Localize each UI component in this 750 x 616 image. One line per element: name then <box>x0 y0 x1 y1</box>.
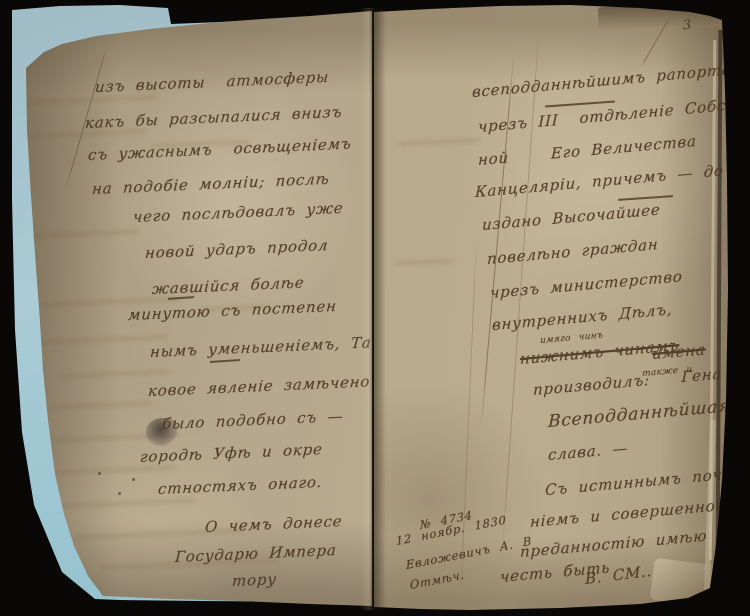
ink-speck <box>98 472 101 475</box>
page-fold <box>598 5 726 30</box>
bleedthrough-line <box>400 138 480 145</box>
page-gutter <box>360 8 386 610</box>
manuscript-line: городѣ Уфѣ и окре <box>139 442 323 465</box>
manuscript-line: слава. — <box>548 441 629 463</box>
manuscript-line: Всеподданнѣйшая <box>548 398 731 431</box>
manuscript-line: ной Его Величества <box>478 134 697 168</box>
manuscript-line: тору <box>231 572 277 589</box>
strike-stroke <box>618 195 673 200</box>
manuscript-line: изъ высоты атмосферы <box>94 70 329 95</box>
paper-crease <box>480 51 514 430</box>
bleedthrough-line <box>18 95 158 105</box>
bleedthrough-line <box>395 259 455 266</box>
manuscript-line: съ ужаснымъ освѣщеніемъ <box>87 136 352 163</box>
manuscript-line: чрезъ министерство <box>490 269 683 301</box>
manuscript-line: новой ударъ продол <box>144 238 328 261</box>
manuscript-line: чего послѣдовалъ уже <box>132 201 344 225</box>
ink-speck <box>118 492 121 495</box>
page-corner-fold <box>650 558 727 608</box>
manuscript-line: жавшійся болѣе <box>151 275 305 297</box>
manuscript-line: преданностію имѣю <box>520 529 708 560</box>
manuscript-line: всеподданнѣйшимъ рапортомъ <box>472 60 750 100</box>
manuscript-line: ніемъ и совершенною <box>530 498 730 531</box>
manuscript-line: О чемъ донесе <box>204 514 343 535</box>
underline-stroke <box>210 359 240 363</box>
manuscript-line: минутою съ постепен <box>127 299 337 323</box>
manuscript-line: производилъ: Гена <box>533 366 723 398</box>
bleedthrough-line <box>60 370 170 379</box>
page-number: 3 <box>682 18 692 34</box>
bleedthrough-line <box>55 465 175 474</box>
ink-speck <box>132 478 135 481</box>
manuscript-line: издано Высочайшее <box>482 202 661 233</box>
manuscript-line: нымъ уменьшеніемъ, Та <box>149 335 372 360</box>
manuscript-line: было подобно съ — <box>161 409 344 432</box>
manuscript-line: стностяхъ онаго. <box>157 475 322 497</box>
manuscript-line: ковое явленіе замѣчено <box>147 374 370 399</box>
manuscript-line: на подобіе молніи; послѣ <box>91 172 330 197</box>
manuscript-line: Государю Импера <box>174 543 337 565</box>
underline-stroke <box>168 296 194 299</box>
manuscript-line: какъ бы разсыпалися внизъ <box>84 105 342 131</box>
scan-background: 32 изъ высоты атмосферы какъ бы разсыпал… <box>0 0 750 616</box>
archival-note-mark: Отмѣч. <box>409 569 465 591</box>
manuscript-line: повелѣно граждан <box>487 237 659 267</box>
struck-text: имена <box>652 342 706 362</box>
bleedthrough-line <box>20 229 140 238</box>
manuscript-line: Канцеляріи, причемъ — до <box>475 163 724 200</box>
